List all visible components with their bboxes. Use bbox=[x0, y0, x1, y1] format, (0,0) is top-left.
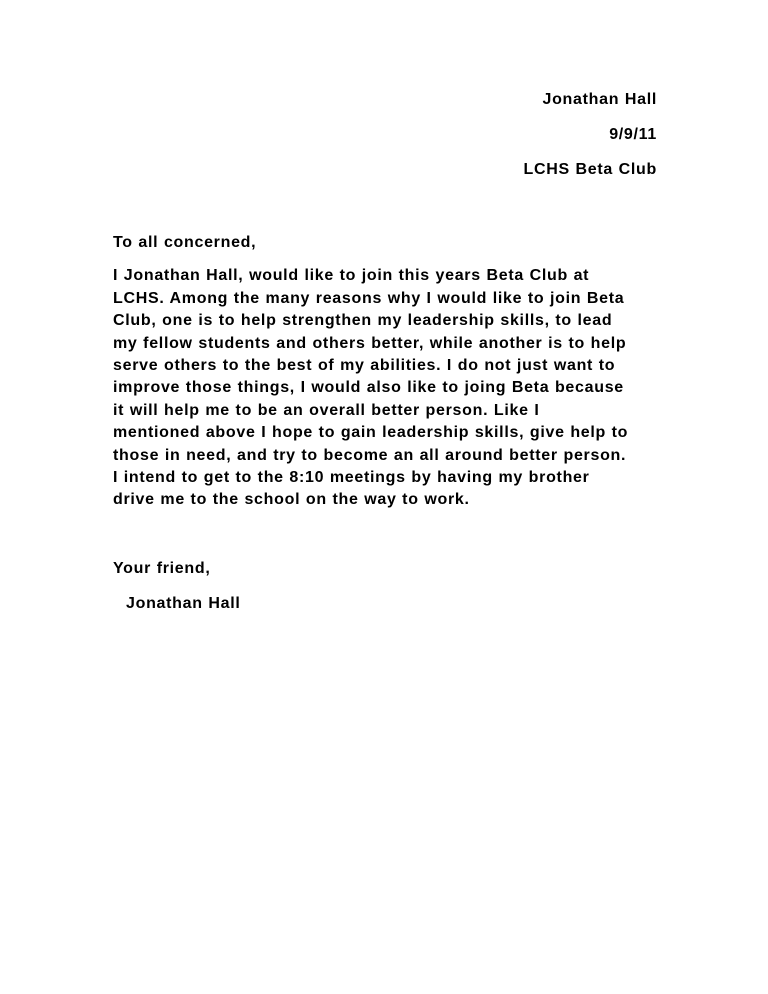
letter-header: Jonathan Hall 9/9/11 LCHS Beta Club bbox=[113, 0, 657, 187]
letter-closing: Your friend, bbox=[113, 558, 657, 580]
letter-body-paragraph: I Jonathan Hall, would like to join this… bbox=[113, 265, 657, 511]
letter-signature: Jonathan Hall bbox=[113, 593, 657, 615]
letter-page: Jonathan Hall 9/9/11 LCHS Beta Club To a… bbox=[0, 0, 768, 994]
header-author-name: Jonathan Hall bbox=[113, 82, 657, 117]
header-organization: LCHS Beta Club bbox=[113, 152, 657, 187]
header-date: 9/9/11 bbox=[113, 117, 657, 152]
letter-salutation: To all concerned, bbox=[113, 232, 657, 254]
